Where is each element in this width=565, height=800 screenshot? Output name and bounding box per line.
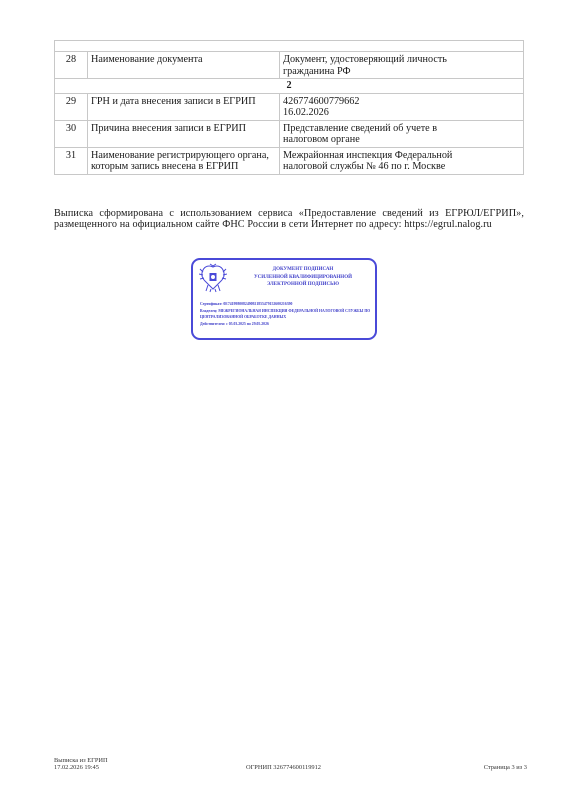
table-row: 29 ГРН и дата внесения записи в ЕГРИП 42… <box>55 93 524 120</box>
row-label: ГРН и дата внесения записи в ЕГРИП <box>88 93 280 120</box>
footer-page-number: Страница 3 из 3 <box>484 764 527 771</box>
stamp-owner: Владелец: МЕЖРЕГИОНАЛЬНАЯ ИНСПЕКЦИЯ ФЕДЕ… <box>200 308 372 321</box>
electronic-signature-stamp: Документ подписан усиленной квалифициров… <box>191 258 377 340</box>
row-value: Межрайонная инспекция Федеральнойналогов… <box>280 147 524 174</box>
stamp-title: Документ подписан усиленной квалифициров… <box>233 266 373 289</box>
row-number: 28 <box>55 52 88 79</box>
table-section-row: 2 <box>55 79 524 94</box>
row-label: Наименование документа <box>88 52 280 79</box>
table-row-blank <box>55 41 524 52</box>
stamp-details: Сертификат: 0E74199800824909218554791526… <box>200 301 372 327</box>
section-number: 2 <box>55 79 524 94</box>
egrip-table: 28 Наименование документа Документ, удос… <box>54 40 524 175</box>
table-row: 31 Наименование регистрирующего органа, … <box>55 147 524 174</box>
row-number: 31 <box>55 147 88 174</box>
footer-doc-title: Выписка из ЕГРИП <box>54 757 108 764</box>
row-number: 30 <box>55 120 88 147</box>
stamp-validity: Действителен: с 05.03.2025 по 29.05.2026 <box>200 321 372 328</box>
row-number: 29 <box>55 93 88 120</box>
footer-datetime: 17.02.2026 19:45 <box>54 764 108 771</box>
row-value: 42677460077966216.02.2026 <box>280 93 524 120</box>
coat-of-arms-icon <box>199 263 227 293</box>
row-value: Документ, удостоверяющий личностьграждан… <box>280 52 524 79</box>
row-label: Наименование регистрирующего органа, кот… <box>88 147 280 174</box>
footer-ogrnip: ОГРНИП 326774600119912 <box>246 764 321 771</box>
table-row: 30 Причина внесения записи в ЕГРИП Предс… <box>55 120 524 147</box>
row-value: Представление сведений об учете вналогов… <box>280 120 524 147</box>
extract-note: Выписка сформирована с использованием се… <box>54 208 524 231</box>
table-row: 28 Наименование документа Документ, удос… <box>55 52 524 79</box>
row-label: Причина внесения записи в ЕГРИП <box>88 120 280 147</box>
footer-left: Выписка из ЕГРИП 17.02.2026 19:45 <box>54 757 108 771</box>
